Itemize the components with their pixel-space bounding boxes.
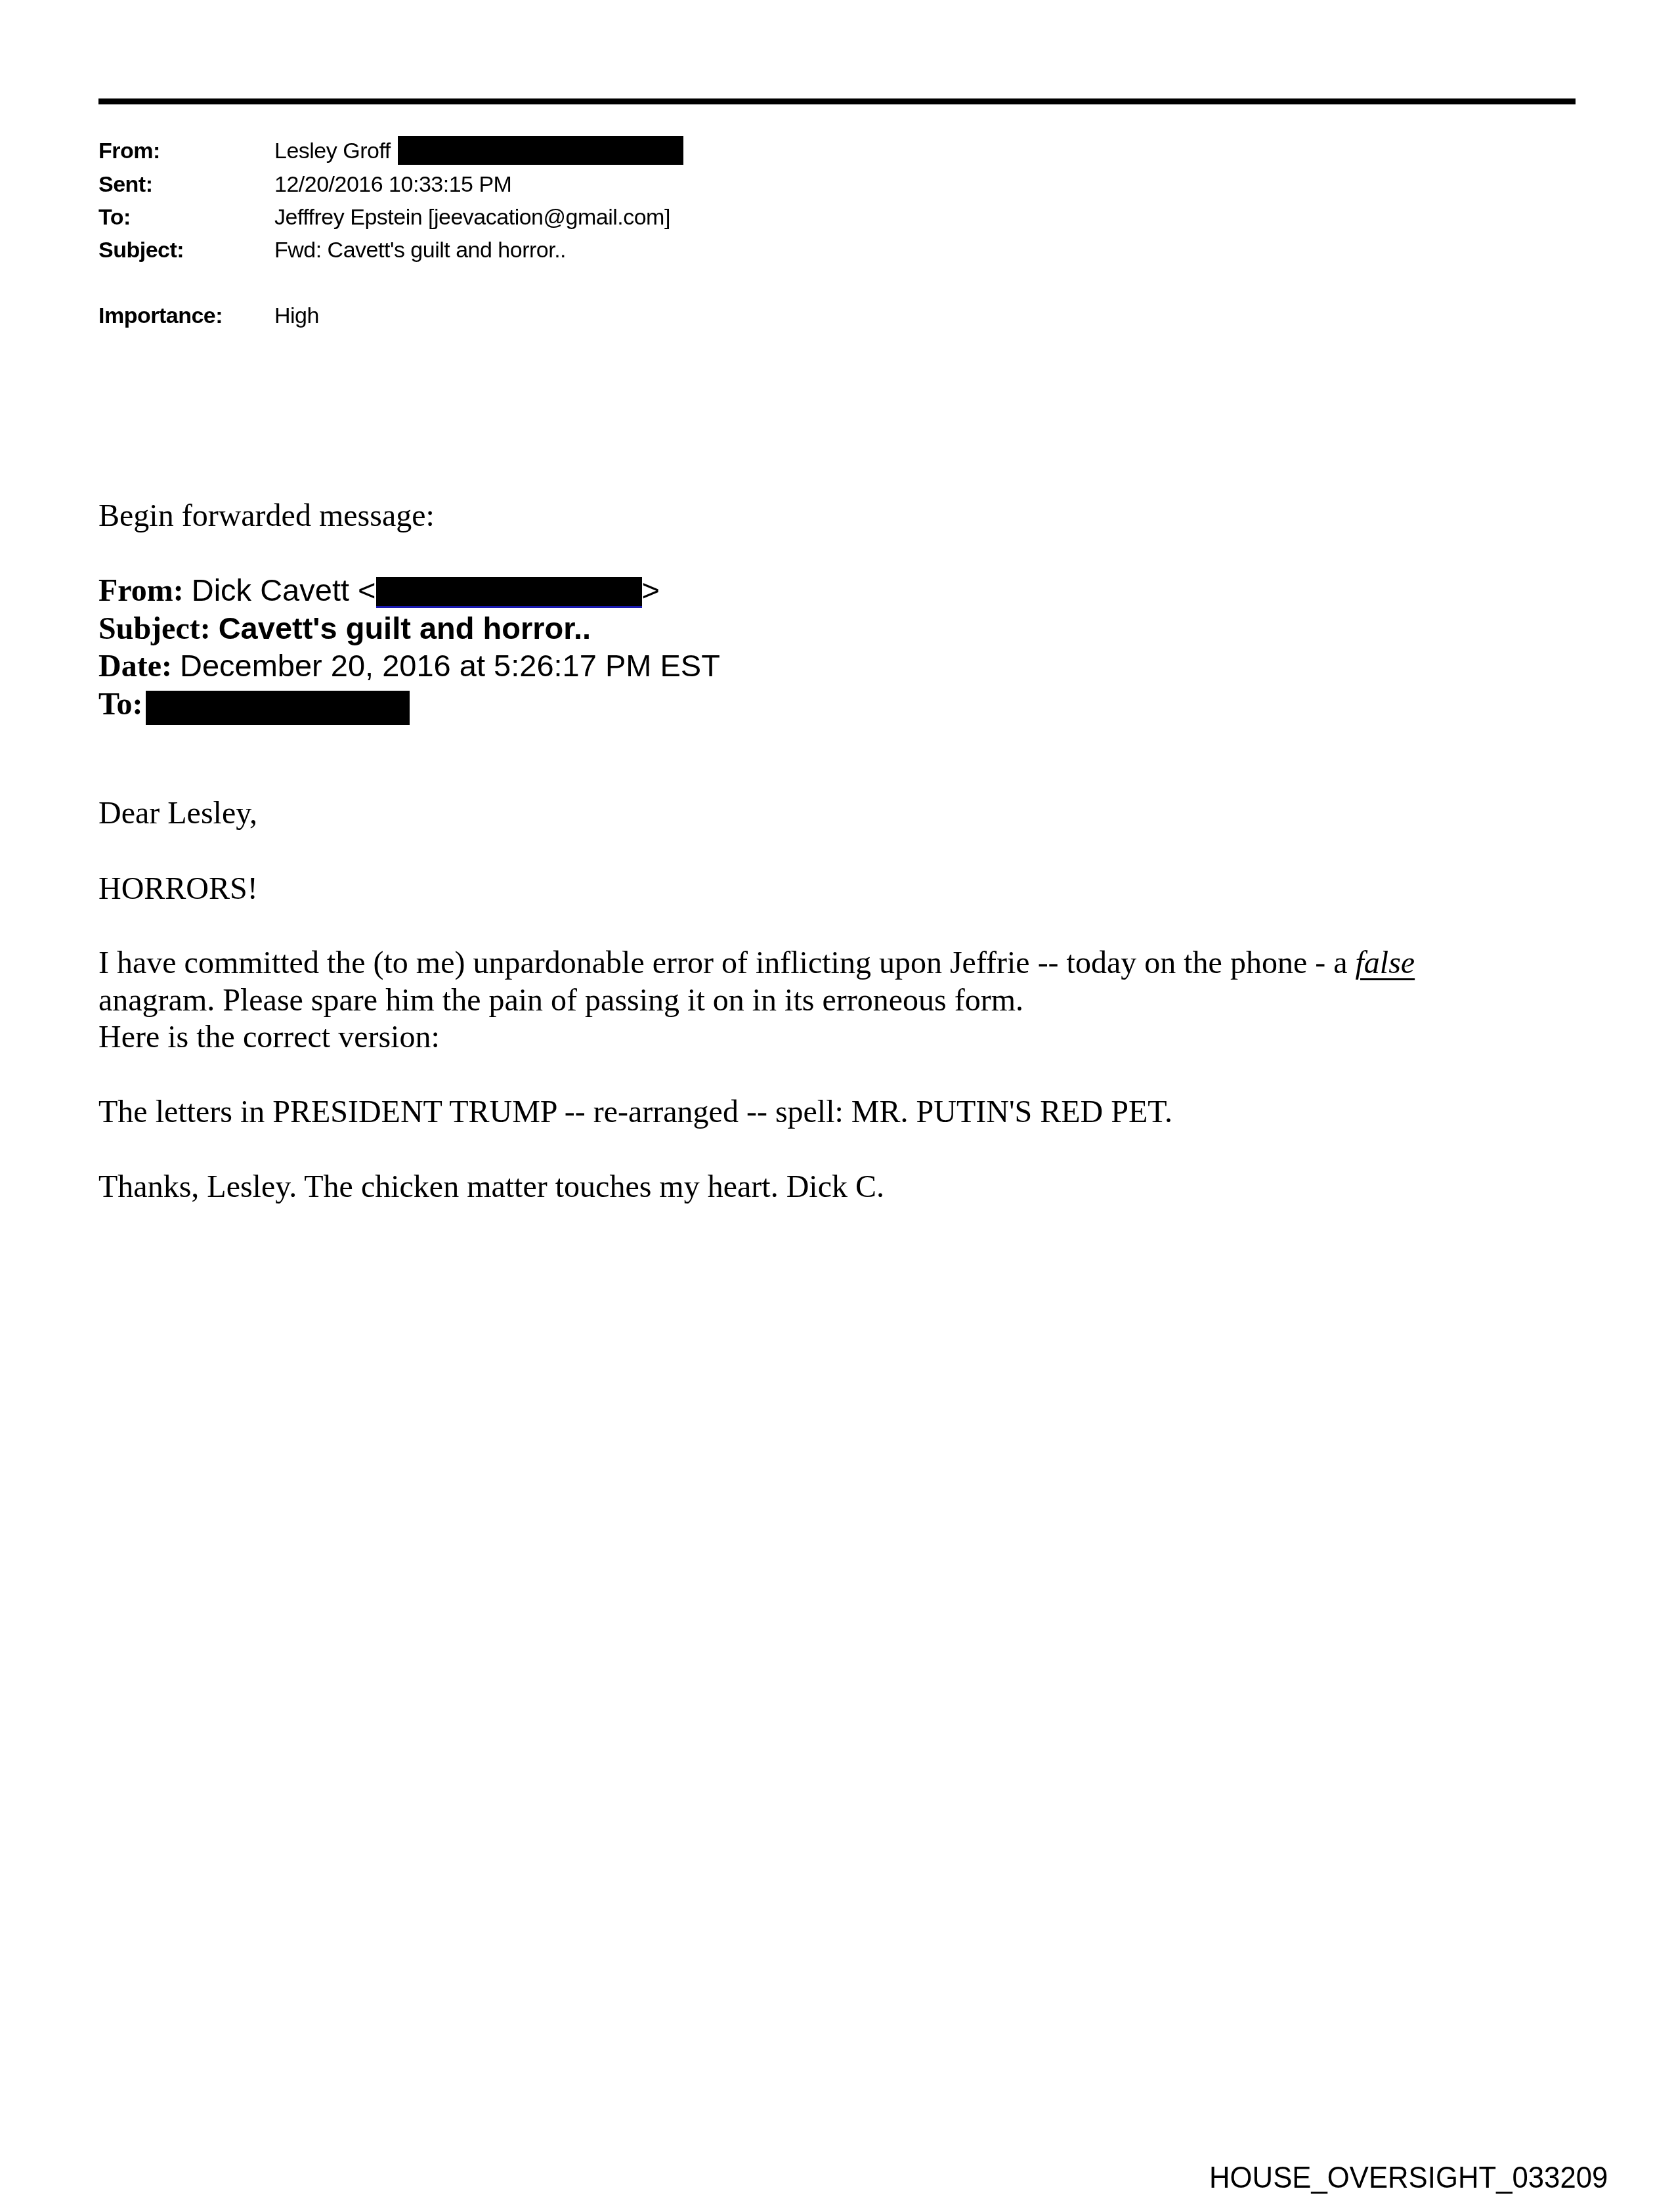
top-rule <box>98 98 1576 104</box>
header-sent-label: Sent: <box>98 168 153 202</box>
body-anagram: The letters in PRESIDENT TRUMP -- re-arr… <box>98 1093 1172 1131</box>
redaction-box <box>146 691 410 725</box>
body-exclamation: HORRORS! <box>98 870 258 907</box>
forwarded-from-value: Dick Cavett < <box>192 573 376 607</box>
body-closing: Thanks, Lesley. The chicken matter touch… <box>98 1168 884 1205</box>
emphasized-word: false <box>1355 945 1415 980</box>
header-subject-value: Fwd: Cavett's guilt and horror.. <box>274 234 566 267</box>
header-to-value: Jefffrey Epstein [jeevacation@gmail.com] <box>274 201 670 234</box>
body-paragraph-text: I have committed the (to me) unpardonabl… <box>98 945 1355 980</box>
header-from-value: Lesley Groff <box>274 135 683 168</box>
header-to-label: To: <box>98 201 131 234</box>
forwarded-from-row: From: Dick Cavett <> <box>98 571 660 609</box>
forwarded-from-label: From: <box>98 573 184 608</box>
body-paragraph-line-1: I have committed the (to me) unpardonabl… <box>98 944 1415 982</box>
header-from-label: From: <box>98 135 160 168</box>
bates-number: HOUSE_OVERSIGHT_033209 <box>1209 2159 1608 2196</box>
forwarded-subject-row: Subject: Cavett's guilt and horror.. <box>98 609 591 647</box>
header-sent-value: 12/20/2016 10:33:15 PM <box>274 168 511 202</box>
forwarded-subject-label: Subject: <box>98 611 211 646</box>
redaction-box <box>376 577 642 608</box>
forwarded-date-label: Date: <box>98 649 172 683</box>
body-greeting: Dear Lesley, <box>98 794 257 832</box>
forwarded-to-row: To: <box>98 685 410 724</box>
forwarded-date-row: Date: December 20, 2016 at 5:26:17 PM ES… <box>98 647 720 685</box>
sender-name: Lesley Groff <box>274 139 391 163</box>
forwarded-subject-value: Cavett's guilt and horror.. <box>219 611 591 645</box>
forwarded-from-value-end: > <box>642 573 660 607</box>
redaction-box <box>398 136 683 165</box>
forwarded-to-label: To: <box>98 687 143 722</box>
body-paragraph-line-3: Here is the correct version: <box>98 1018 440 1056</box>
header-importance-label: Importance: <box>98 299 223 333</box>
header-importance-value: High <box>274 299 319 333</box>
body-paragraph-line-2: anagram. Please spare him the pain of pa… <box>98 982 1023 1019</box>
forwarded-date-value: December 20, 2016 at 5:26:17 PM EST <box>180 648 720 683</box>
forwarded-intro: Begin forwarded message: <box>98 498 435 534</box>
header-subject-label: Subject: <box>98 234 184 267</box>
